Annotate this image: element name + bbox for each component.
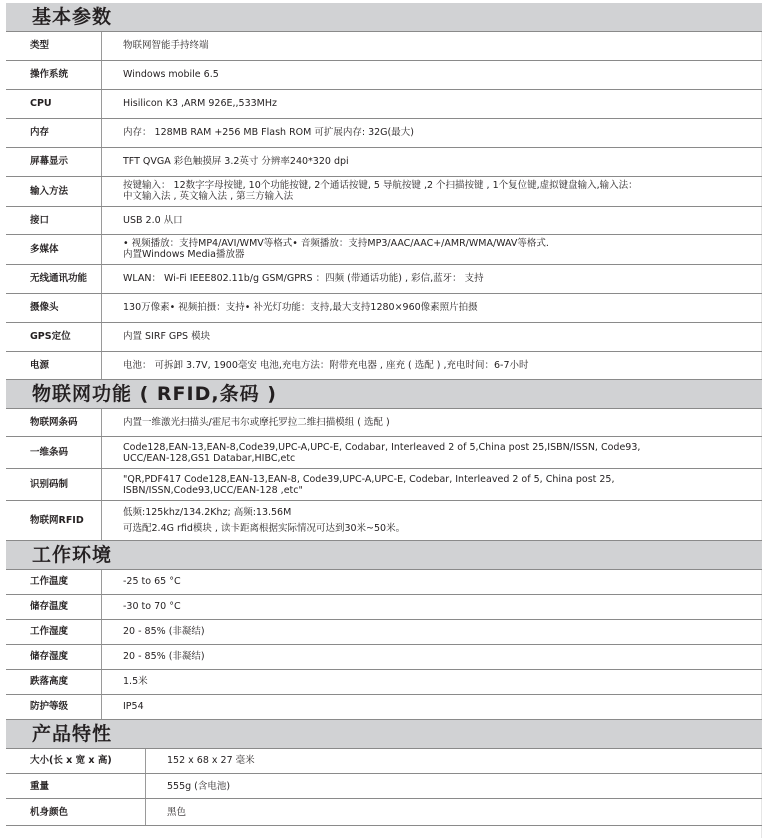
row-key: 工作湿度 [6,619,102,644]
iot-features-table: 物联网条码 内置一维激光扫描头/霍尼韦尔或摩托罗拉二维扫描模组 ( 选配 ) 一… [6,409,762,542]
row-key: 防护等级 [6,694,102,719]
row-value: 内置一维激光扫描头/霍尼韦尔或摩托罗拉二维扫描模组 ( 选配 ) [102,409,763,437]
table-row: 无线通讯功能 WLAN： Wi-Fi IEEE802.11b/g GSM/GPR… [6,264,762,293]
row-key: 物联网RFID [6,501,102,541]
row-key: 一维条码 [6,437,102,469]
value-line-2: UCC/EAN-128,GS1 Databar,HIBC,etc [123,453,754,464]
table-row: 大小(长 x 宽 x 高) 152 x 68 x 27 毫米 [6,749,762,774]
row-value: USB 2.0 从口 [102,206,763,234]
basic-params-table: 类型 物联网智能手持终端 操作系统 Windows mobile 6.5 CPU… [6,32,762,380]
table-row: 一维条码 Code128,EAN-13,EAN-8,Code39,UPC-A,U… [6,437,762,469]
row-value: 内置 SIRF GPS 模块 [102,322,763,351]
table-row: 接口 USB 2.0 从口 [6,206,762,234]
row-key: 输入方法 [6,176,102,206]
row-key: 储存温度 [6,594,102,619]
section-title-basic-params: 基本参数 [6,3,762,32]
row-key: 识别码制 [6,469,102,501]
value-line-2: 内置Windows Media播放器 [123,249,754,260]
table-row: 跌落高度 1.5米 [6,669,762,694]
row-key: 机身颜色 [6,799,146,826]
table-row: 操作系统 Windows mobile 6.5 [6,60,762,89]
row-key: 电源 [6,351,102,379]
table-row: 类型 物联网智能手持终端 [6,32,762,60]
table-row: 机身颜色 黑色 [6,799,762,826]
row-key: 类型 [6,32,102,60]
value-line-1: • 视频播放：支持MP4/AVI/WMV等格式• 音频播放：支持MP3/AAC/… [123,238,754,249]
table-row: 多媒体 • 视频播放：支持MP4/AVI/WMV等格式• 音频播放：支持MP3/… [6,234,762,264]
row-value: 黑色 [146,799,763,826]
section-title-iot-features: 物联网功能 ( RFID,条码 ) [6,380,762,409]
table-row: 储存湿度 20 - 85% (非凝结) [6,644,762,669]
row-value: 20 - 85% (非凝结) [102,619,763,644]
row-key: 无线通讯功能 [6,264,102,293]
row-key: 操作系统 [6,60,102,89]
row-value: Windows mobile 6.5 [102,60,763,89]
table-row: 屏幕显示 TFT QVGA 彩色触摸屏 3.2英寸 分辨率240*320 dpi [6,147,762,176]
row-value: • 视频播放：支持MP4/AVI/WMV等格式• 音频播放：支持MP3/AAC/… [102,234,763,264]
value-line-1: Code128,EAN-13,EAN-8,Code39,UPC-A,UPC-E,… [123,442,754,453]
row-key: GPS定位 [6,322,102,351]
row-key: 物联网条码 [6,409,102,437]
row-key: 内存 [6,118,102,147]
section-title-work-environment: 工作环境 [6,541,762,570]
table-row: CPU Hisilicon K3 ,ARM 926E,,533MHz [6,89,762,118]
table-row: 摄像头 130万像素• 视频拍摄：支持• 补光灯功能：支持,最大支持1280×9… [6,293,762,322]
table-row: 工作温度 -25 to 65 °C [6,570,762,594]
row-value: 555g (含电池) [146,774,763,799]
row-key: 摄像头 [6,293,102,322]
row-key: CPU [6,89,102,118]
table-row: 物联网RFID 低频:125khz/134.2Khz; 高频:13.56M 可选… [6,501,762,541]
value-line-1: 低频:125khz/134.2Khz; 高频:13.56M [123,507,754,518]
row-key: 大小(长 x 宽 x 高) [6,749,146,774]
row-value: 152 x 68 x 27 毫米 [146,749,763,774]
row-value: 20 - 85% (非凝结) [102,644,763,669]
row-value: -30 to 70 °C [102,594,763,619]
table-row: 工作湿度 20 - 85% (非凝结) [6,619,762,644]
table-row: 物联网条码 内置一维激光扫描头/霍尼韦尔或摩托罗拉二维扫描模组 ( 选配 ) [6,409,762,437]
table-row: 电源 电池： 可拆卸 3.7V, 1900毫安 电池,充电方法：附带充电器 , … [6,351,762,379]
row-value: Hisilicon K3 ,ARM 926E,,533MHz [102,89,763,118]
row-value: "QR,PDF417 Code128,EAN-13,EAN-8, Code39,… [102,469,763,501]
row-value: WLAN： Wi-Fi IEEE802.11b/g GSM/GPRS ：四频 (… [102,264,763,293]
row-value: 130万像素• 视频拍摄：支持• 补光灯功能：支持,最大支持1280×960像素… [102,293,763,322]
table-row: GPS定位 内置 SIRF GPS 模块 [6,322,762,351]
row-key: 多媒体 [6,234,102,264]
section-title-product-features: 产品特性 [6,720,762,749]
row-value: 低频:125khz/134.2Khz; 高频:13.56M 可选配2.4G rf… [102,501,763,541]
value-line-2: 中文输入法 , 英文输入法 , 第三方输入法 [123,191,754,202]
value-line-2: 可选配2.4G rfid模块 , 读卡距离根据实际情况可达到30米~50米。 [123,523,754,534]
table-row: 输入方法 按键输入： 12数字字母按键, 10个功能按键, 2个通话按键, 5 … [6,176,762,206]
value-line-1: "QR,PDF417 Code128,EAN-13,EAN-8, Code39,… [123,474,754,485]
row-value: 电池： 可拆卸 3.7V, 1900毫安 电池,充电方法：附带充电器 , 座充 … [102,351,763,379]
row-key: 接口 [6,206,102,234]
table-row: 储存温度 -30 to 70 °C [6,594,762,619]
table-row: 内存 内存： 128MB RAM +256 MB Flash ROM 可扩展内存… [6,118,762,147]
spec-sheet: 基本参数 类型 物联网智能手持终端 操作系统 Windows mobile 6.… [6,3,762,826]
work-environment-table: 工作温度 -25 to 65 °C 储存温度 -30 to 70 °C 工作湿度… [6,570,762,720]
row-value: IP54 [102,694,763,719]
table-row: 防护等级 IP54 [6,694,762,719]
row-value: 内存： 128MB RAM +256 MB Flash ROM 可扩展内存: 3… [102,118,763,147]
row-key: 跌落高度 [6,669,102,694]
row-value: 物联网智能手持终端 [102,32,763,60]
row-value: -25 to 65 °C [102,570,763,594]
row-key: 屏幕显示 [6,147,102,176]
row-value: TFT QVGA 彩色触摸屏 3.2英寸 分辨率240*320 dpi [102,147,763,176]
product-features-table: 大小(长 x 宽 x 高) 152 x 68 x 27 毫米 重量 555g (… [6,749,762,827]
row-key: 工作温度 [6,570,102,594]
row-key: 储存湿度 [6,644,102,669]
value-line-2: ISBN/ISSN,Code93,UCC/EAN-128 ,etc" [123,485,754,496]
table-row: 重量 555g (含电池) [6,774,762,799]
value-line-1: 按键输入： 12数字字母按键, 10个功能按键, 2个通话按键, 5 导航按键 … [123,180,754,191]
row-value: 1.5米 [102,669,763,694]
row-key: 重量 [6,774,146,799]
row-value: Code128,EAN-13,EAN-8,Code39,UPC-A,UPC-E,… [102,437,763,469]
row-value: 按键输入： 12数字字母按键, 10个功能按键, 2个通话按键, 5 导航按键 … [102,176,763,206]
table-row: 识别码制 "QR,PDF417 Code128,EAN-13,EAN-8, Co… [6,469,762,501]
